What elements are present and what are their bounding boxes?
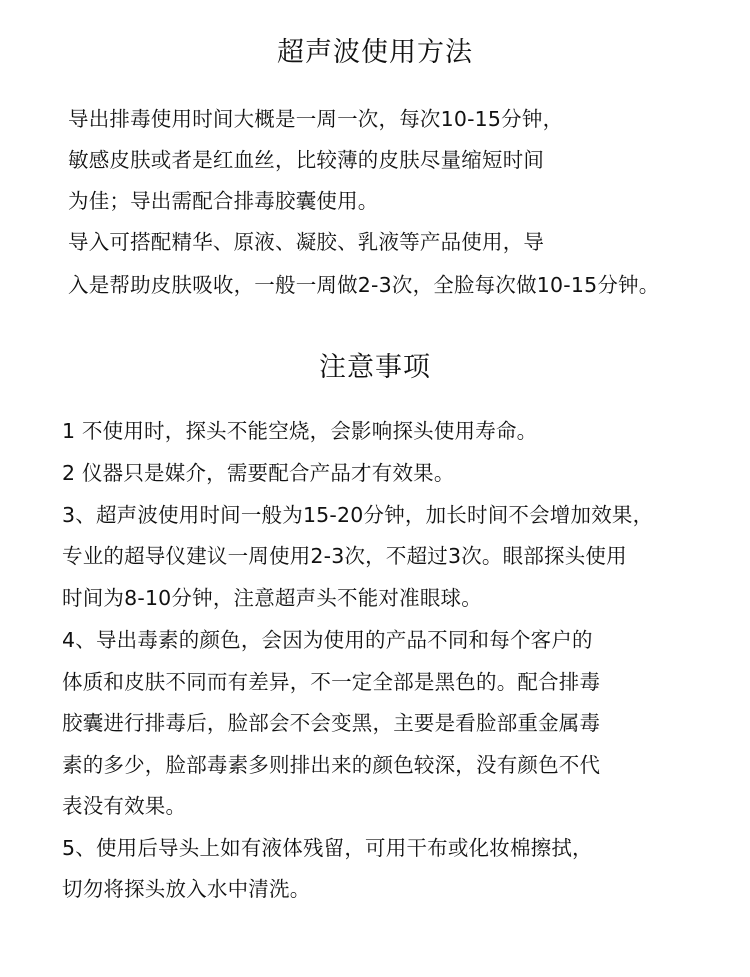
usage-line: 导出排毒使用时间大概是一周一次，每次10-15分钟， — [68, 106, 563, 132]
note-line: 3、超声波使用时间一般为15-20分钟，加长时间不会增加效果， — [62, 502, 653, 528]
note-line: 体质和皮肤不同而有差异，不一定全部是黑色的。配合排毒 — [62, 669, 600, 695]
note-line: 素的多少，脸部毒素多则排出来的颜色较深，没有颜色不代 — [62, 752, 600, 778]
notes-title: 注意事项 — [0, 351, 750, 385]
note-line: 时间为8-10分钟，注意超声头不能对准眼球。 — [62, 585, 482, 611]
usage-line: 敏感皮肤或者是红血丝，比较薄的皮肤尽量缩短时间 — [68, 147, 544, 173]
note-line: 4、导出毒素的颜色，会因为使用的产品不同和每个客户的 — [62, 627, 593, 653]
usage-line: 导入可搭配精华、原液、凝胶、乳液等产品使用，导 — [68, 229, 544, 255]
note-line: 2 仪器只是媒介，需要配合产品才有效果。 — [62, 460, 455, 486]
note-line: 5、使用后导头上如有液体残留，可用干布或化妆棉擦拭， — [62, 835, 593, 861]
usage-line: 入是帮助皮肤吸收，一般一周做2-3次，全脸每次做10-15分钟。 — [68, 272, 659, 298]
note-line: 专业的超导仪建议一周使用2-3次，不超过3次。眼部探头使用 — [62, 543, 627, 569]
note-line: 切勿将探头放入水中清洗。 — [62, 876, 310, 902]
usage-line: 为佳；导出需配合排毒胶囊使用。 — [68, 188, 379, 214]
note-line: 1 不使用时，探头不能空烧，会影响探头使用寿命。 — [62, 418, 537, 444]
note-line: 胶囊进行排毒后，脸部会不会变黑，主要是看脸部重金属毒 — [62, 710, 600, 736]
usage-title: 超声波使用方法 — [0, 36, 750, 70]
note-line: 表没有效果。 — [62, 793, 186, 819]
